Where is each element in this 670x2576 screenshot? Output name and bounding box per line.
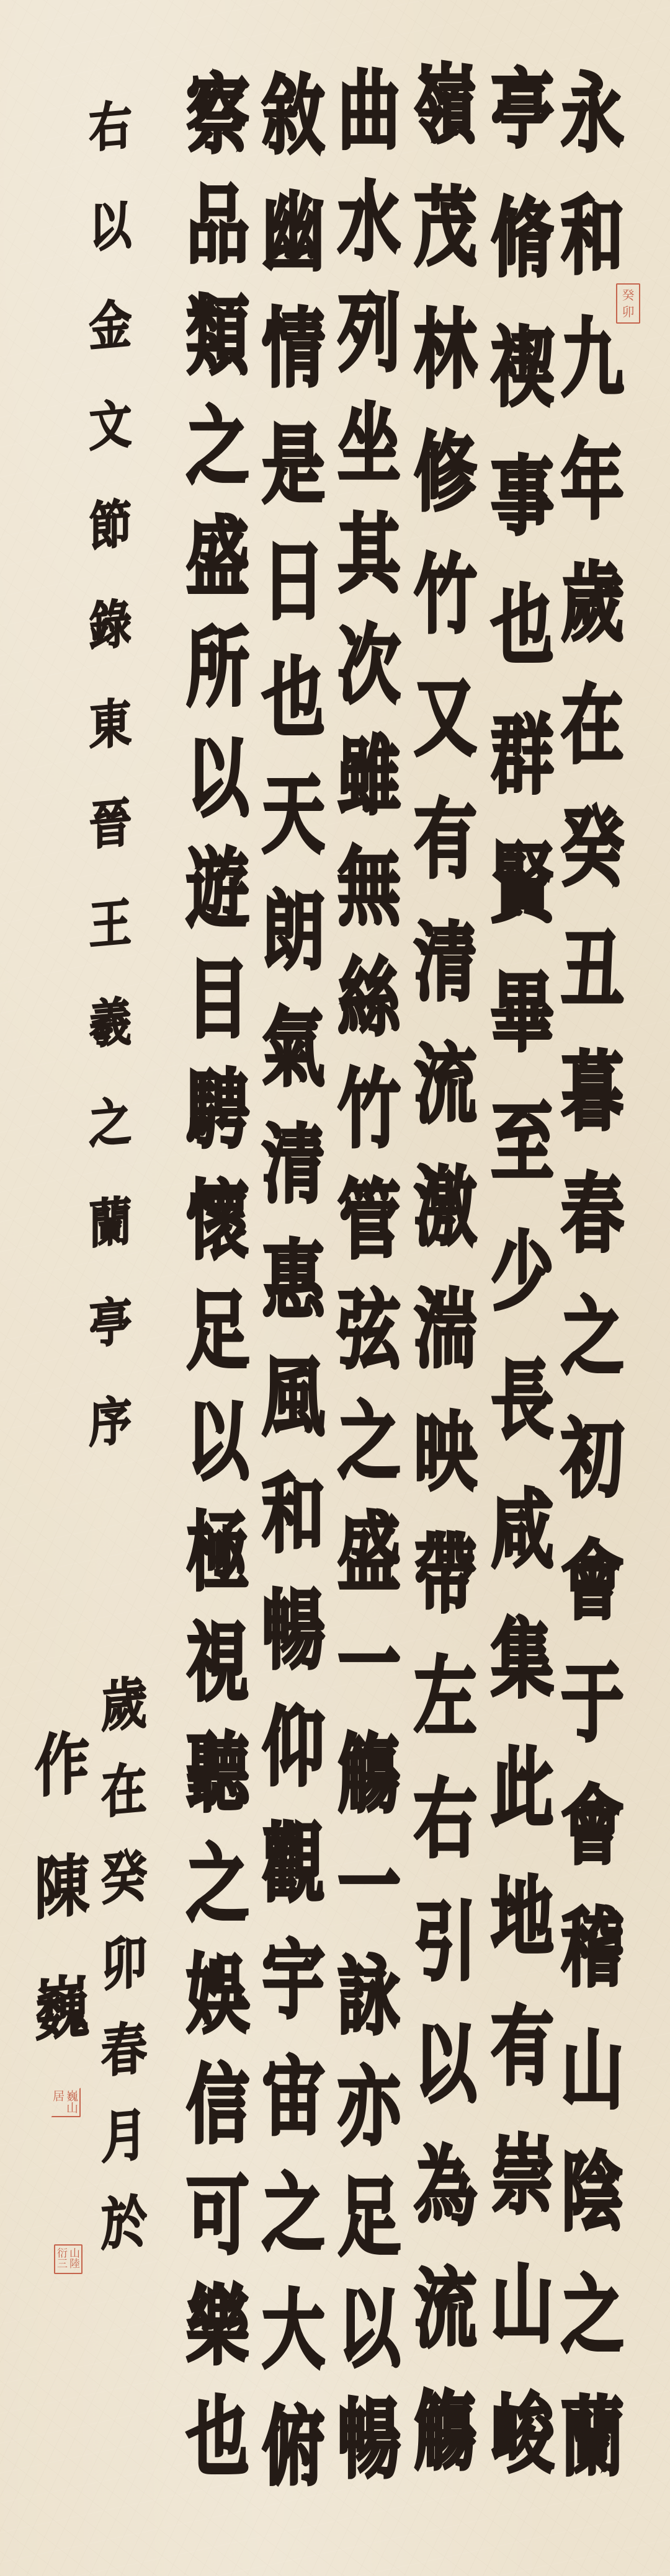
main-text-column-4: 曲水列坐其次雖無絲竹管弦之盛一觴一詠亦足以暢 [326, 56, 413, 2495]
studio-seal: 山陸衍三 [54, 2244, 83, 2274]
leading-seal: 癸卯 [616, 283, 640, 324]
character: 暢 [338, 2368, 401, 2512]
character: 春 [101, 2001, 147, 2100]
character: 癸 [101, 1828, 147, 1927]
character: 晉 [89, 768, 132, 882]
character: 作 [35, 1696, 89, 1835]
character: 歲 [101, 1655, 147, 1755]
main-text-column-6: 察品類之盛所以遊目騁懷足以極視聽之娛信可樂也 [174, 60, 261, 2492]
character: 癸 [622, 289, 635, 301]
character: 羲 [89, 967, 132, 1081]
character: 王 [89, 868, 132, 981]
character: 以 [89, 170, 132, 284]
character: 節 [89, 469, 132, 583]
character: 月 [101, 2087, 147, 2186]
name-seal: 巍山居 [51, 2087, 81, 2117]
character: 在 [101, 1742, 147, 1841]
character: 文 [89, 370, 132, 483]
calligraphy-scroll: 永和九年歲在癸丑暮春之初會于會稽山陰之蘭 亭脩禊事也群賢畢至少長咸集此地有崇山峻… [0, 0, 670, 2576]
character: 之 [89, 1067, 132, 1180]
main-text-column-3: 嶺茂林修竹又有清流激湍映帶左右引以為流觴 [402, 43, 489, 2492]
character: 東 [89, 668, 132, 782]
signature-name-column: 作陳巍 [19, 1705, 105, 2071]
main-text-column-2: 亭脩禊事也群賢畢至少長咸集此地有崇山峻 [479, 45, 566, 2499]
character: 錄 [89, 569, 132, 683]
character: 右 [89, 71, 132, 184]
character: 陳 [35, 1818, 89, 1957]
character: 蘭 [561, 2357, 624, 2516]
character: 序 [89, 1366, 132, 1479]
character: 峻 [491, 2350, 554, 2518]
inscription-column: 右以金文節錄東晉王羲之蘭亭序 [67, 77, 154, 1472]
character: 也 [187, 2365, 249, 2509]
character: 卯 [622, 306, 635, 318]
character: 俯 [262, 2371, 325, 2522]
character: 亭 [89, 1267, 132, 1380]
character: 觴 [414, 2352, 477, 2511]
character: 於 [101, 2173, 147, 2272]
main-text-column-5: 敘幽情是日也天朗氣清惠風和暢仰觀宇宙之大俯 [250, 57, 337, 2505]
character: 蘭 [89, 1167, 132, 1280]
character: 卯 [101, 1914, 147, 2014]
character: 巍 [35, 1941, 89, 2079]
character: 金 [89, 270, 132, 383]
